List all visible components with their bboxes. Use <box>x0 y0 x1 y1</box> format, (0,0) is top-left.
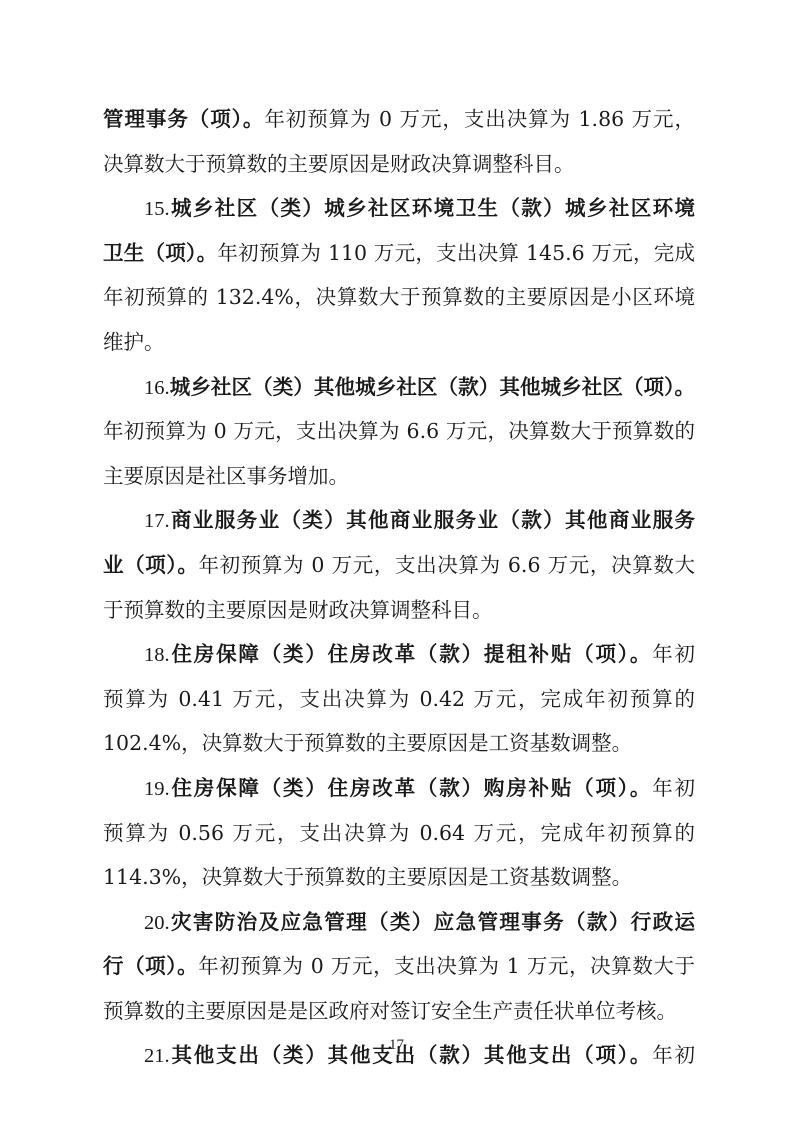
bold-heading: 城乡社区（类）其他城乡社区（款）其他城乡社区（项）。 <box>170 375 695 399</box>
text-line: 主要原因是社区事务增加。 <box>103 454 695 499</box>
bold-heading: 住房保障（类）住房改革（款）购房补贴（项）。 <box>170 776 653 800</box>
text-line: 预算数的主要原因是是区政府对签订安全生产责任状单位考核。 <box>103 989 695 1034</box>
body-text: 102.4%，决算数大于预算数的主要原因是工资基数调整。 <box>103 731 632 755</box>
text-line: 预算为 0.56 万元，支出决算为 0.64 万元，完成年初预算的 <box>103 811 695 856</box>
bold-heading: 商业服务业（类）其他商业服务业（款）其他商业服务 <box>170 508 695 532</box>
bold-heading: 管理事务（项）。 <box>103 107 264 131</box>
paragraph-19-heading: 19.住房保障（类）住房改革（款）购房补贴（项）。年初 <box>103 766 695 811</box>
text-line: 管理事务（项）。年初预算为 0 万元，支出决算为 1.86 万元， <box>103 97 695 142</box>
bold-heading: 灾害防治及应急管理（类）应急管理事务（款）行政运 <box>170 910 695 934</box>
bold-heading: 业（项）。 <box>103 553 198 577</box>
body-text: 年初预算为 110 万元，支出决算 145.6 万元，完成 <box>217 241 695 265</box>
text-line: 年初预算为 0 万元，支出决算为 6.6 万元，决算数大于预算数的 <box>103 409 695 454</box>
text-line: 预算为 0.41 万元，支出决算为 0.42 万元，完成年初预算的 <box>103 677 695 722</box>
body-text: 预算为 0.56 万元，支出决算为 0.64 万元，完成年初预算的 <box>103 821 695 845</box>
bold-heading: 住房保障（类）住房改革（款）提租补贴（项）。 <box>170 642 653 666</box>
bold-heading: 行（项）。 <box>103 954 198 978</box>
text-line: 年初预算的 132.4%，决算数大于预算数的主要原因是小区环境 <box>103 275 695 320</box>
item-number: 20. <box>144 912 170 934</box>
paragraph-16-heading: 16.城乡社区（类）其他城乡社区（款）其他城乡社区（项）。 <box>103 365 695 410</box>
body-text: 年初预算为 0 万元，支出决算为 1 万元，决算数大于 <box>198 954 695 978</box>
body-text: 年初预算为 0 万元，支出决算为 6.6 万元，决算数大 <box>198 553 695 577</box>
paragraph-20-heading: 20.灾害防治及应急管理（类）应急管理事务（款）行政运 <box>103 900 695 945</box>
text-line: 114.3%，决算数大于预算数的主要原因是工资基数调整。 <box>103 855 695 900</box>
body-text: 年初预算的 132.4%，决算数大于预算数的主要原因是小区环境 <box>103 285 695 309</box>
body-text: 114.3%，决算数大于预算数的主要原因是工资基数调整。 <box>103 865 632 889</box>
body-text: 年初 <box>652 776 695 800</box>
text-line: 102.4%，决算数大于预算数的主要原因是工资基数调整。 <box>103 721 695 766</box>
text-line: 卫生（项）。年初预算为 110 万元，支出决算 145.6 万元，完成 <box>103 231 695 276</box>
paragraph-18-heading: 18.住房保障（类）住房改革（款）提租补贴（项）。年初 <box>103 632 695 677</box>
text-line: 维护。 <box>103 320 695 365</box>
text-line: 于预算数的主要原因是财政决算调整科目。 <box>103 588 695 633</box>
bold-heading: 卫生（项）。 <box>103 241 217 265</box>
body-text: 于预算数的主要原因是财政决算调整科目。 <box>103 598 493 622</box>
item-number: 19. <box>144 778 170 800</box>
paragraph-15-heading: 15.城乡社区（类）城乡社区环境卫生（款）城乡社区环境 <box>103 186 695 231</box>
body-text: 预算数的主要原因是是区政府对签订安全生产责任状单位考核。 <box>103 999 677 1023</box>
item-number: 15. <box>144 198 170 220</box>
body-text: 预算为 0.41 万元，支出决算为 0.42 万元，完成年初预算的 <box>103 687 695 711</box>
document-page: 管理事务（项）。年初预算为 0 万元，支出决算为 1.86 万元， 决算数大于预… <box>103 97 695 1078</box>
bold-heading: 城乡社区（类）城乡社区环境卫生（款）城乡社区环境 <box>170 196 695 220</box>
text-line: 业（项）。年初预算为 0 万元，支出决算为 6.6 万元，决算数大 <box>103 543 695 588</box>
body-text: 维护。 <box>103 330 165 354</box>
item-number: 16. <box>144 377 170 399</box>
item-number: 18. <box>144 644 170 666</box>
body-text: 主要原因是社区事务增加。 <box>103 464 349 488</box>
body-text: 年初 <box>652 642 695 666</box>
text-line: 行（项）。年初预算为 0 万元，支出决算为 1 万元，决算数大于 <box>103 944 695 989</box>
body-text: 年初预算为 0 万元，支出决算为 1.86 万元， <box>264 107 695 131</box>
body-text: 决算数大于预算数的主要原因是财政决算调整科目。 <box>103 152 575 176</box>
text-line: 决算数大于预算数的主要原因是财政决算调整科目。 <box>103 142 695 187</box>
body-text: 年初预算为 0 万元，支出决算为 6.6 万元，决算数大于预算数的 <box>103 419 695 443</box>
page-number: 17 <box>0 1037 793 1054</box>
item-number: 17. <box>144 510 170 532</box>
paragraph-17-heading: 17.商业服务业（类）其他商业服务业（款）其他商业服务 <box>103 498 695 543</box>
